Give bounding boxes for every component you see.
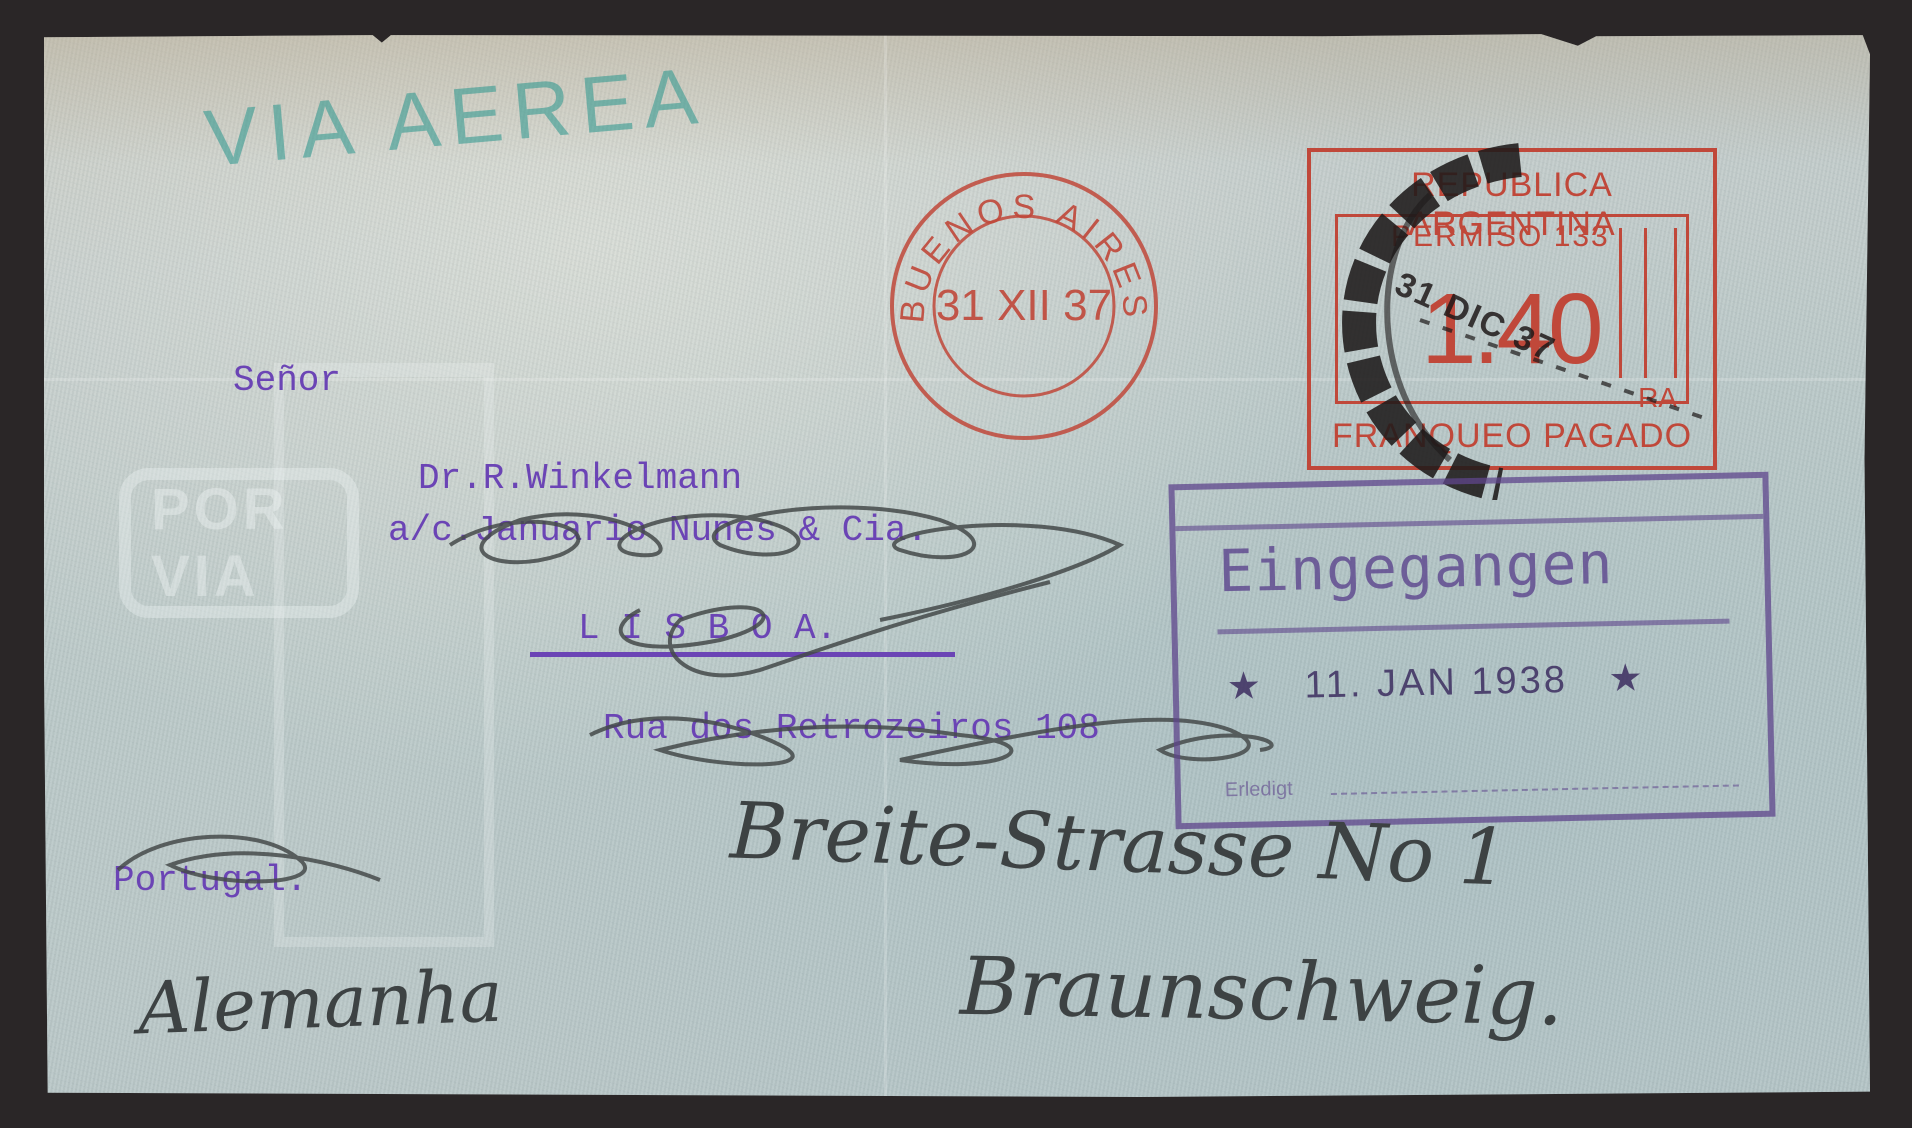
receipt-stamp: Eingegangen ★ 11. JAN 1938 ★ Erledigt bbox=[1168, 472, 1775, 829]
receipt-signature-line bbox=[1331, 784, 1739, 795]
receipt-title: Eingegangen bbox=[1218, 529, 1614, 605]
receipt-top-rule bbox=[1175, 514, 1763, 531]
address-name: Dr.R.Winkelmann bbox=[418, 458, 742, 499]
buenos-aires-postmark: BUENOS AIRES 31 XII 37 bbox=[886, 168, 1162, 444]
address-care-of: a/c.Januario Nunes & Cia. bbox=[388, 510, 928, 551]
receipt-date: ★ 11. JAN 1938 ★ bbox=[1226, 655, 1646, 709]
address-country: Portugal. bbox=[113, 860, 307, 901]
handwritten-country: Alemanha bbox=[137, 954, 504, 1051]
address-salutation: Señor bbox=[233, 360, 341, 401]
postmark-date: 31 XII 37 bbox=[936, 281, 1112, 330]
star-icon: ★ bbox=[1226, 665, 1305, 709]
receipt-title-rule bbox=[1218, 619, 1730, 635]
address-city: L I S B O A. bbox=[578, 608, 837, 649]
address-street: Rua dos Retrozeiros 108 bbox=[603, 708, 1100, 749]
handwritten-city: Braunschweig. bbox=[959, 940, 1564, 1044]
receipt-footer: Erledigt bbox=[1225, 778, 1293, 802]
city-underline bbox=[530, 652, 955, 657]
airmail-watermark: POR VIA bbox=[119, 468, 359, 618]
receipt-date-text: 11. JAN 1938 bbox=[1304, 659, 1568, 707]
star-icon: ★ bbox=[1567, 657, 1646, 701]
